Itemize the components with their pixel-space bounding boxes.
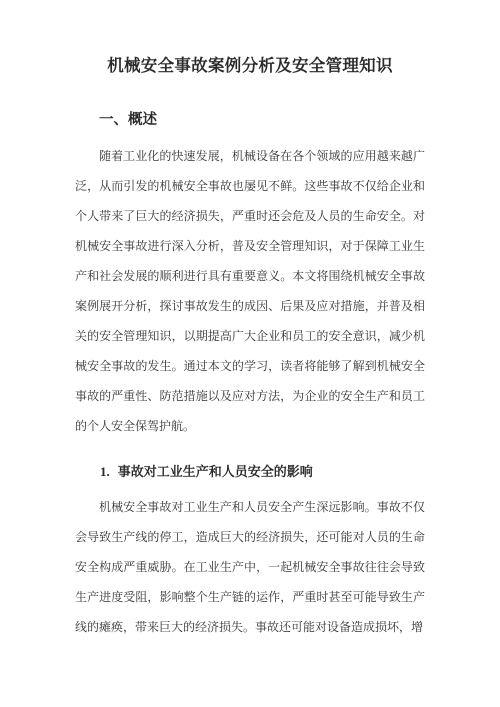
section-title: 概述 — [128, 112, 157, 128]
section-impact: 1.事故对工业生产和人员安全的影响 机械安全事故对工业生产和人员安全产生深远影响… — [75, 462, 425, 642]
section-overview: 一、概述 随着工业化的快速发展，机械设备在各个领域的应用越来越广泛，从而引发的机… — [75, 110, 425, 441]
impact-paragraph: 机械安全事故对工业生产和人员安全产生深远影响。事故不仅会导致生产线的停工，造成巨… — [75, 492, 425, 642]
subsection-heading-impact: 1.事故对工业生产和人员安全的影响 — [75, 462, 425, 481]
document-page: 机械安全事故案例分析及安全管理知识 一、概述 随着工业化的快速发展，机械设备在各… — [0, 0, 500, 707]
document-title: 机械安全事故案例分析及安全管理知识 — [75, 55, 425, 77]
subsection-number: 1. — [100, 464, 110, 479]
overview-paragraph: 随着工业化的快速发展，机械设备在各个领域的应用越来越广泛，从而引发的机械安全事故… — [75, 141, 425, 441]
section-number: 一、 — [99, 112, 128, 128]
section-heading-overview: 一、概述 — [75, 110, 425, 130]
subsection-title: 事故对工业生产和人员安全的影响 — [118, 464, 313, 479]
